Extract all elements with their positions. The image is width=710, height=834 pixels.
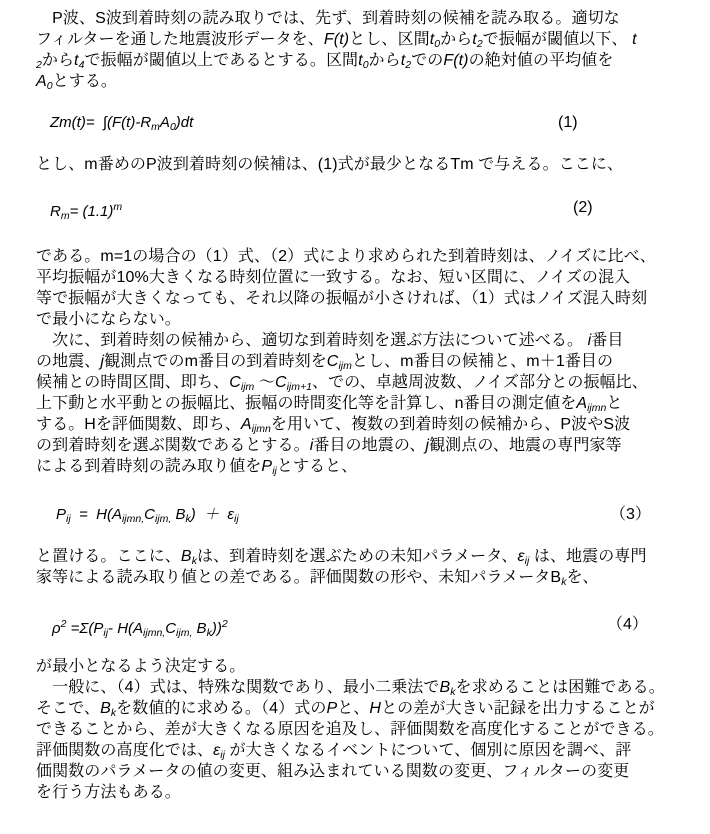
math-subscript: ijmn, <box>122 513 144 525</box>
paragraph-m1-case: である。m=1の場合の（1）式、（2）式により求められた到着時刻は、ノイズに比べ… <box>36 246 702 330</box>
text-run: 家等による読み取り値との差である。評価関数の形や、未知パラメータB <box>36 569 561 586</box>
math-variable: =Σ(P <box>66 620 103 637</box>
text-run: 観測点でのm番目の到着時刻を <box>104 353 327 370</box>
text-run: で振幅が閾値以下、 <box>483 31 632 48</box>
text-line: 平均振幅が10%大きくなる時刻位置に一致する。なお、短い区間に、ノイズの混入 <box>36 267 702 288</box>
text-line: する。Hを評価関数、即ち、Aijmnを用いて、複数の到着時刻の候補から、P波やS… <box>36 414 702 435</box>
math-variable: B <box>100 700 111 717</box>
formula-1: Zm(t)= ∫(F(t)-RmA0)dt(1) <box>36 112 702 133</box>
text-run: で振幅が閾値以上であるとする。区間 <box>84 52 358 69</box>
text-run: 番目 <box>591 332 623 349</box>
text-run: から <box>42 52 74 69</box>
math-subscript: ij <box>234 513 239 525</box>
math-superscript: m <box>113 201 122 213</box>
text-run: 番目の地震の、 <box>313 437 425 454</box>
text-run: である。m=1の場合の（1）式、（2）式により求められた到着時刻は、ノイズに比べ… <box>36 248 656 265</box>
math-variable: A <box>160 114 170 131</box>
text-run: 観測点の、地震の専門家等 <box>429 437 622 454</box>
math-subscript: ijm, <box>176 627 192 639</box>
text-run: が最小となるよう決定する。 <box>36 658 245 675</box>
math-variable: F(t) <box>324 31 349 48</box>
math-subscript: ijm <box>241 381 254 393</box>
text-run: 次に、到着時刻の候補から、適切な到着時刻を選ぶ方法について述べる。 <box>36 332 588 349</box>
math-variable: C <box>229 374 241 391</box>
math-variable: ε <box>518 548 525 565</box>
math-variable: F(t) <box>443 52 468 69</box>
text-run: とし、区間 <box>349 31 430 48</box>
paragraph-selection-method: 次に、到着時刻の候補から、適切な到着時刻を選ぶ方法について述べる。 i番目の地震… <box>36 330 702 477</box>
math-variable: P <box>56 506 66 523</box>
text-run: する。Hを評価関数、即ち、 <box>36 416 241 433</box>
math-variable: B <box>181 548 192 565</box>
text-run: で最小にならない。 <box>36 311 181 328</box>
math-variable: B <box>192 620 206 637</box>
math-variable: P <box>261 458 272 475</box>
math-subscript: m <box>151 121 160 133</box>
text-run: とする。 <box>53 73 117 90</box>
text-run: は、到着時刻を選ぶための未知パラメータ、 <box>197 548 518 565</box>
text-run: を行う方法もある。 <box>36 784 181 801</box>
formula-4: ρ2 =Σ(Pij- H(Aijmn,Cijm, Bk))2（4） <box>36 614 702 635</box>
math-variable: A <box>36 73 47 90</box>
text-run: の絶対値の平均値を <box>469 52 614 69</box>
text-run: 一般に、（4）式は、特殊な関数であり、最小二乗法で <box>36 679 440 696</box>
math-variable: C <box>275 374 287 391</box>
text-line: とし、m番めのP波到着時刻の候補は、(1)式が最少となるTm で与える。ここに、 <box>36 154 702 175</box>
text-line: A0とする。 <box>36 71 702 92</box>
text-run: から <box>369 52 401 69</box>
math-variable: t <box>632 31 637 48</box>
paragraph-intro: P波、S波到着時刻の読み取りでは、先ず、到着時刻の候補を読み取る。適切なフィルタ… <box>36 8 702 92</box>
text-run: と置ける。ここに、 <box>36 548 181 565</box>
math-variable: B <box>440 679 451 696</box>
text-run: を求めることは困難である。 <box>456 679 665 696</box>
text-run: と、 <box>337 700 369 717</box>
text-run: 候補との時間区間、即ち、 <box>36 374 229 391</box>
math-variable: Zm(t)= ∫(F(t)-R <box>50 114 151 131</box>
text-run: の到着時刻を選ぶ関数であるとする。 <box>36 437 310 454</box>
math-variable: )) <box>212 620 222 637</box>
math-variable: A <box>241 416 252 433</box>
math-subscript: ijm, <box>155 513 171 525</box>
text-run: での <box>411 52 443 69</box>
math-variable: - H(A <box>108 620 143 637</box>
text-run: を用いて、複数の到着時刻の候補から、P波やS波 <box>271 416 630 433</box>
text-run: が大きくなるイベントについて、個別に原因を調べ、評 <box>225 742 631 759</box>
math-variable: R <box>50 203 61 220</box>
math-subscript: m <box>61 210 70 222</box>
text-run: は、地震の専門 <box>529 548 646 565</box>
text-run: できることから、差が大きくなる原因を追及し、評価関数を高度化することができる。 <box>36 721 664 738</box>
equation-number: (1) <box>558 112 578 133</box>
text-line: で最小にならない。 <box>36 309 702 330</box>
math-subscript: ijm+1 <box>287 381 312 393</box>
text-run: とすると、 <box>277 458 358 475</box>
text-line: できることから、差が大きくなる原因を追及し、評価関数を高度化することができる。 <box>36 719 702 740</box>
text-line: が最小となるよう決定する。 <box>36 656 702 677</box>
text-run: 評価関数の高度化では、 <box>36 742 213 759</box>
math-subscript: ijmn, <box>143 627 165 639</box>
text-run: との差が大きい記録を出力することが <box>381 700 655 717</box>
text-line: による到着時刻の読み取り値をPijとすると、 <box>36 456 702 477</box>
text-run: を、 <box>566 569 598 586</box>
math-variable: = H(A <box>71 506 122 523</box>
math-superscript: 2 <box>222 618 228 630</box>
formula-3: Pij = H(Aijmn,Cijm, Bk) ＋ εij（3） <box>36 504 702 525</box>
text-run: と <box>606 395 622 412</box>
equation-number: (2) <box>573 197 593 218</box>
text-line: を行う方法もある。 <box>36 782 702 803</box>
text-line: 2からt4で振幅が閾値以上であるとする。区間t0からt2でのF(t)の絶対値の平… <box>36 50 702 71</box>
math-variable: C <box>165 620 176 637</box>
paragraph-optimization: が最小となるよう決定する。 一般に、（4）式は、特殊な関数であり、最小二乗法でB… <box>36 656 702 803</box>
equation-number: （4） <box>607 614 648 635</box>
text-line: P波、S波到着時刻の読み取りでは、先ず、到着時刻の候補を読み取る。適切な <box>36 8 702 29</box>
text-run: による到着時刻の読み取り値を <box>36 458 261 475</box>
equation-number: （3） <box>610 504 651 525</box>
math-subscript: ijm <box>338 360 351 372</box>
text-run: 平均振幅が10%大きくなる時刻位置に一致する。なお、短い区間に、ノイズの混入 <box>36 269 630 286</box>
text-run: 、での、卓越周波数、ノイズ部分との振幅比、 <box>312 374 648 391</box>
text-run: とし、m番めのP波到着時刻の候補は、(1)式が最少となるTm で与える。ここに、 <box>36 156 623 173</box>
math-variable: B <box>171 506 185 523</box>
text-run: ～ <box>254 374 275 391</box>
text-line: 次に、到着時刻の候補から、適切な到着時刻を選ぶ方法について述べる。 i番目 <box>36 330 702 351</box>
text-run: フィルターを通した地震波形データを、 <box>36 31 324 48</box>
text-run: そこで、 <box>36 700 100 717</box>
math-variable: P <box>326 700 337 717</box>
math-variable: )dt <box>176 114 194 131</box>
text-run: P波、S波到着時刻の読み取りでは、先ず、到着時刻の候補を読み取る。適切な <box>36 10 620 27</box>
text-line: 等で振幅が大きくなっても、それ以降の振幅が小さければ、（1）式はノイズ混入時刻 <box>36 288 702 309</box>
math-variable: A <box>576 395 587 412</box>
text-line: である。m=1の場合の（1）式、（2）式により求められた到着時刻は、ノイズに比べ… <box>36 246 702 267</box>
paragraph-candidate-rule: とし、m番めのP波到着時刻の候補は、(1)式が最少となるTm で与える。ここに、 <box>36 154 702 175</box>
text-line: 家等による読み取り値との差である。評価関数の形や、未知パラメータBkを、 <box>36 567 702 588</box>
text-line: そこで、Bkを数値的に求める。（4）式のPと、Hとの差が大きい記録を出力すること… <box>36 698 702 719</box>
text-line: の地震、j観測点でのm番目の到着時刻をCijmとし、m番目の候補と、m＋1番目の <box>36 351 702 372</box>
text-run: を数値的に求める。（4）式の <box>116 700 326 717</box>
math-variable: = (1.1) <box>70 203 114 220</box>
math-variable: ρ <box>52 620 61 637</box>
text-run: から <box>440 31 472 48</box>
text-line: 候補との時間区間、即ち、Cijm ～Cijm+1、での、卓越周波数、ノイズ部分と… <box>36 372 702 393</box>
text-line: と置ける。ここに、Bkは、到着時刻を選ぶための未知パラメータ、εij は、地震の… <box>36 546 702 567</box>
math-variable: H <box>369 700 381 717</box>
text-run: 価関数のパラメータの値の変更、組み込まれている関数の変更、フィルターの変更 <box>36 763 629 780</box>
text-line: 一般に、（4）式は、特殊な関数であり、最小二乗法でBkを求めることは困難である。 <box>36 677 702 698</box>
math-variable: ) ＋ ε <box>191 506 234 523</box>
text-line: 価関数のパラメータの値の変更、組み込まれている関数の変更、フィルターの変更 <box>36 761 702 782</box>
paragraph-parameters: と置ける。ここに、Bkは、到着時刻を選ぶための未知パラメータ、εij は、地震の… <box>36 546 702 588</box>
math-variable: C <box>327 353 339 370</box>
text-line: の到着時刻を選ぶ関数であるとする。i番目の地震の、j観測点の、地震の専門家等 <box>36 435 702 456</box>
text-line: 上下動と水平動との振幅比、振幅の時間変化等を計算し、n番目の測定値をAijmnと <box>36 393 702 414</box>
math-subscript: ijmn <box>587 402 606 414</box>
math-subscript: ijmn <box>252 423 271 435</box>
text-run: とし、m番目の候補と、m＋1番目の <box>352 353 613 370</box>
text-run: の地震、 <box>36 353 100 370</box>
document-page: P波、S波到着時刻の読み取りでは、先ず、到着時刻の候補を読み取る。適切なフィルタ… <box>0 0 710 803</box>
text-run: 上下動と水平動との振幅比、振幅の時間変化等を計算し、n番目の測定値を <box>36 395 576 412</box>
text-run: 等で振幅が大きくなっても、それ以降の振幅が小さければ、（1）式はノイズ混入時刻 <box>36 290 647 307</box>
text-line: フィルターを通した地震波形データを、F(t)とし、区間t0からt2で振幅が閾値以… <box>36 29 702 50</box>
math-variable: C <box>144 506 155 523</box>
text-line: 評価関数の高度化では、εij が大きくなるイベントについて、個別に原因を調べ、評 <box>36 740 702 761</box>
formula-2: Rm= (1.1)m(2) <box>36 197 702 218</box>
